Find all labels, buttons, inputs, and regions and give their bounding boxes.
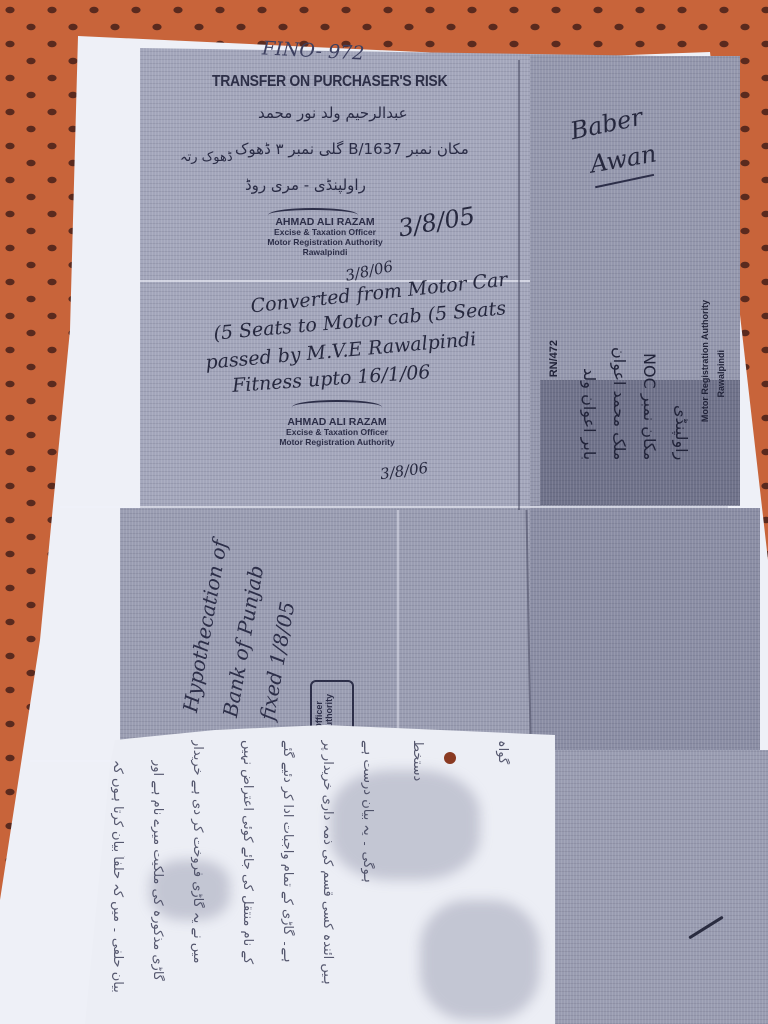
- affidavit-line: ہیں آئندہ کسی قسم کی ذمہ داری خریدار پر: [320, 740, 335, 1020]
- affidavit-line: بیان حلفی ۔ میں کہ حلفاً بیان کرتا ہوں ک…: [110, 760, 125, 1020]
- affidavit-line: میں نے یہ گاڑی فروخت کر دی ہے خریدار: [190, 740, 205, 1020]
- reference-number: RN/472: [548, 340, 560, 377]
- fold-line: [397, 510, 399, 730]
- stamp-city: Rawalpindi: [250, 248, 400, 258]
- right-stamp-city: Rawalpindi: [716, 350, 726, 398]
- affidavit-line: ہے۔ گاڑی کے تمام واجبات ادا کر دئیے گئے: [280, 740, 295, 1020]
- affidavit-line: کے نام منتقل کی جائے کوئی اعتراض نہیں: [240, 740, 255, 1020]
- right-urdu-line: راولپنڈی: [672, 300, 691, 460]
- owner-locality-urdu: ڈھوک رتہ: [180, 150, 233, 165]
- right-urdu-line: مکان نمبر NOC: [640, 300, 659, 460]
- photo-scene: FINO- 972 TRANSFER ON PURCHASER'S RISK ع…: [0, 0, 768, 1024]
- owner-address-urdu: مکان نمبر B/1637 گلی نمبر ۳ ڈھوک: [235, 140, 469, 158]
- officer-stamp-2: AHMAD ALI RAZAM Excise & Taxation Office…: [262, 416, 412, 448]
- affidavit-line: گاڑی مذکورہ کی ملکیت میرے نام ہے اور: [150, 760, 165, 1020]
- right-urdu-line: بابر اعوان ولد: [580, 300, 599, 460]
- copy-region-bottom-right: [555, 750, 768, 1024]
- fold-line: [518, 60, 520, 510]
- fold-line: [60, 506, 760, 508]
- stain: [330, 770, 480, 880]
- officer-stamp-1: AHMAD ALI RAZAM Excise & Taxation Office…: [250, 216, 400, 257]
- paper-tear-hole: [444, 752, 456, 764]
- document-header: TRANSFER ON PURCHASER'S RISK: [212, 71, 447, 89]
- affidavit-line: گواہ: [495, 740, 510, 900]
- stamp-authority: Motor Registration Authority: [262, 438, 412, 448]
- fold-line: [30, 760, 110, 762]
- signature: [292, 400, 382, 414]
- right-stamp-authority: Motor Registration Authority: [700, 300, 710, 422]
- affidavit-line: ہوگی ۔ یہ بیان درست ہے: [360, 740, 375, 1020]
- right-urdu-line: ملک محمد اعوان: [610, 300, 629, 460]
- stain: [420, 900, 540, 1020]
- affidavit-line: دستخط: [410, 740, 425, 940]
- owner-city-urdu: راولپنڈی - مری روڈ: [245, 176, 366, 194]
- owner-name-urdu: عبدالرحیم ولد نور محمد: [258, 104, 408, 122]
